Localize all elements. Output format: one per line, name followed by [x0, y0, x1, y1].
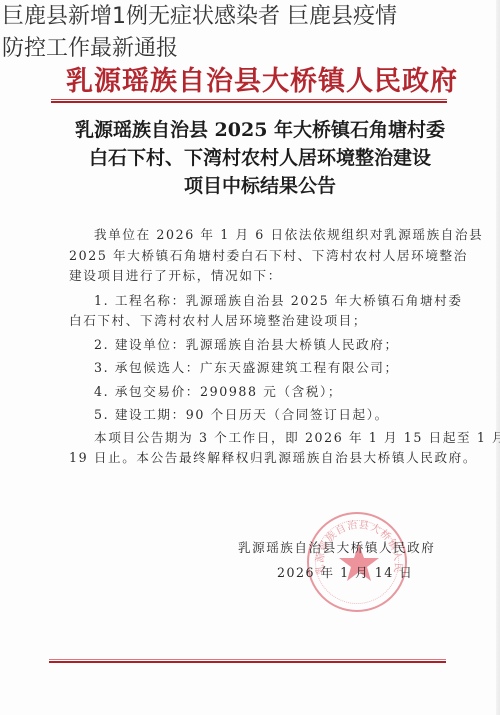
list-item-3: 3. 承包候选人：广东天盛源建筑工程有限公司； [69, 358, 447, 379]
signature-organization: 乳源瑶族自治县大桥镇人民政府 [238, 535, 438, 560]
letterhead-rule-thin [51, 99, 447, 100]
list-item-4: 4. 承包交易价：290988 元（含税）； [69, 382, 447, 403]
letterhead-rule-thick [51, 101, 447, 103]
caption-line: 防控工作最新通报 [2, 33, 498, 65]
signature-block: 乳源瑶族自治县大桥镇人民政府 2026 年 1 月 14 日 [238, 535, 438, 585]
page-edge [496, 0, 500, 715]
body-line: 我单位在 2026 年 1 月 6 日依法依规组织对乳源瑶族自治县 [69, 225, 447, 246]
footer-rule-thick [49, 661, 446, 663]
title-line: 白石下村、下湾村农村人居环境整治建设 [60, 144, 460, 172]
news-caption: 巨鹿县新增1例无症状感染者 巨鹿县疫情 防控工作最新通报 [2, 1, 498, 65]
body-line: 19 日止。本公告最终解释权归乳源瑶族自治县大桥镇人民政府。 [69, 448, 447, 469]
document-title: 乳源瑶族自治县 2025 年大桥镇石角塘村委 白石下村、下湾村农村人居环境整治建… [60, 116, 460, 200]
body-line: 本项目公告期为 3 个工作日，即 2026 年 1 月 15 日起至 1 月 [69, 428, 447, 449]
body-line: 建设项目进行了开标，情况如下： [69, 266, 447, 287]
list-item-1: 1. 工程名称：乳源瑶族自治县 2025 年大桥镇石角塘村委 [69, 291, 447, 312]
list-item-2: 2. 建设单位：乳源瑶族自治县大桥镇人民政府； [69, 335, 447, 356]
title-line: 乳源瑶族自治县 2025 年大桥镇石角塘村委 [60, 116, 460, 144]
body-line: 2025 年大桥镇石角塘村委白石下村、下湾村农村人居环境整治 [69, 246, 447, 267]
caption-line: 巨鹿县新增1例无症状感染者 巨鹿县疫情 [2, 1, 498, 33]
document-body: 我单位在 2026 年 1 月 6 日依法依规组织对乳源瑶族自治县 2025 年… [69, 225, 447, 469]
body-line: 白石下村、下湾村农村人居环境整治建设项目； [69, 311, 447, 332]
document-page: 巨鹿县新增1例无症状感染者 巨鹿县疫情 防控工作最新通报 乳源瑶族自治县大桥镇人… [0, 0, 500, 715]
signature-date: 2026 年 1 月 14 日 [238, 560, 438, 585]
title-line: 项目中标结果公告 [60, 172, 460, 200]
footer-rule-thin [49, 659, 446, 660]
letterhead-issuer: 乳源瑶族自治县大桥镇人民政府 [66, 66, 436, 98]
list-item-5: 5. 建设工期：90 个日历天（合同签订日起）。 [69, 405, 447, 426]
